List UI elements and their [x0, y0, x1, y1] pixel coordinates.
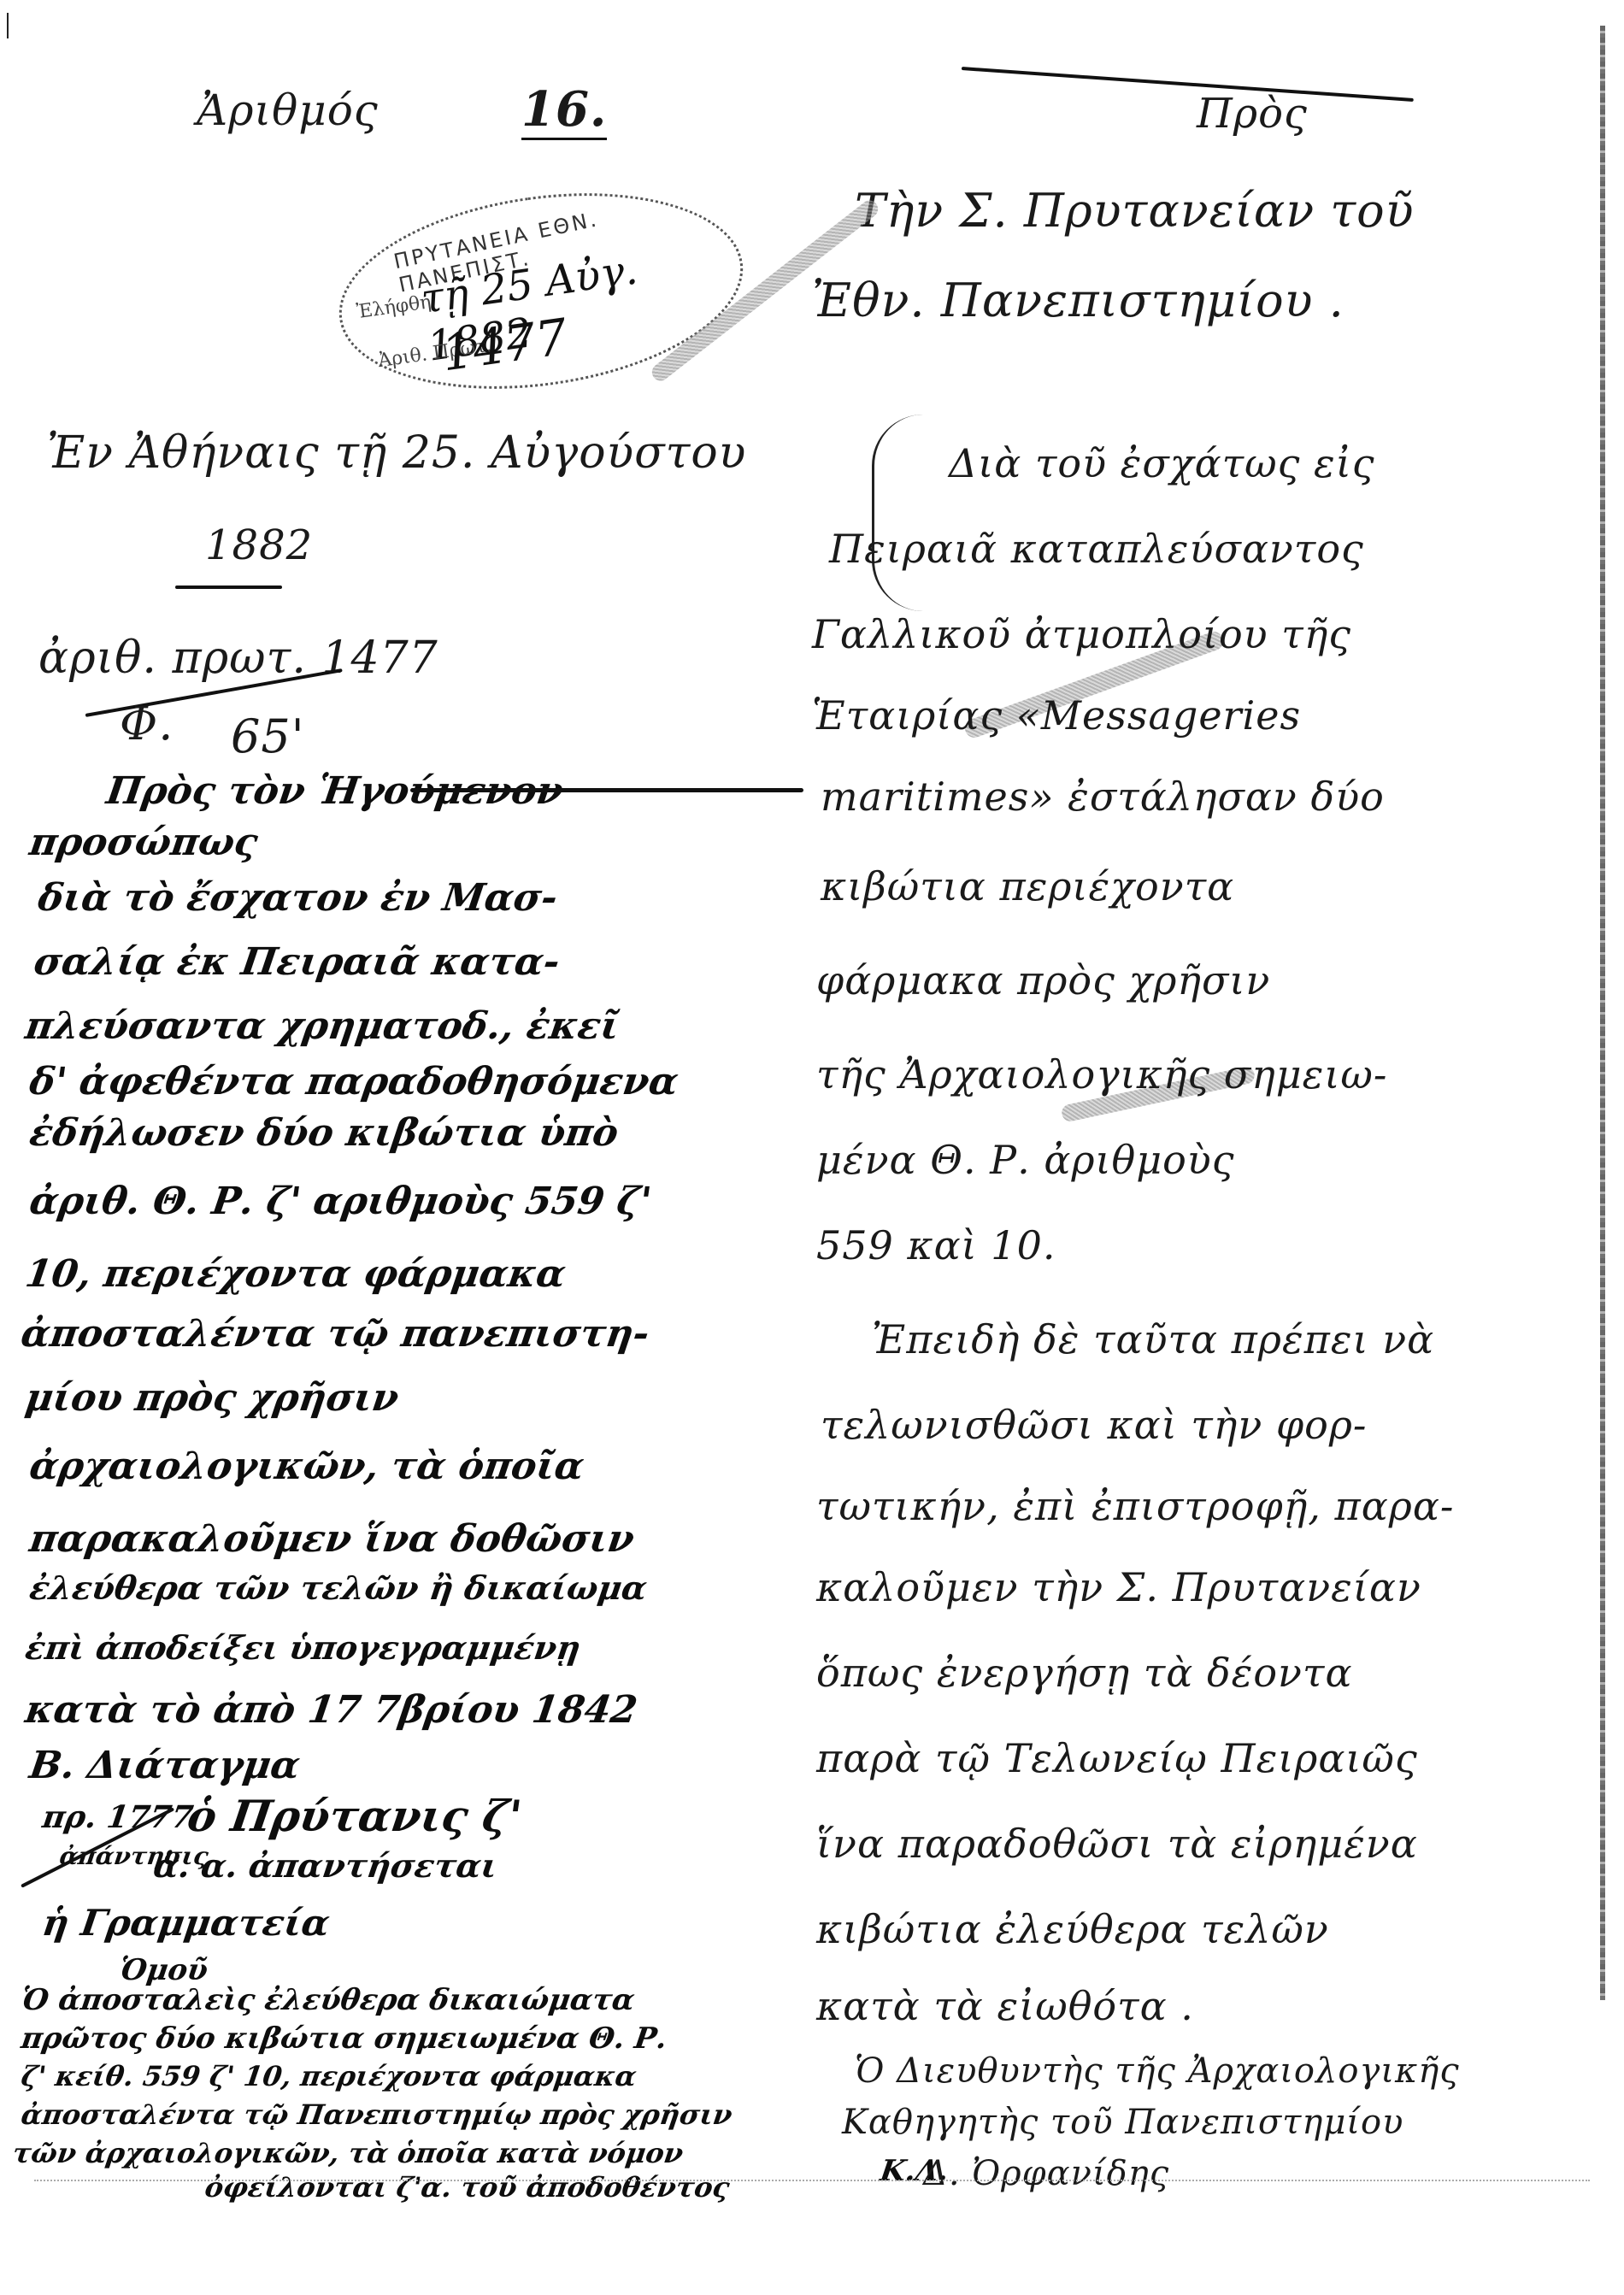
- bottom-note-line: ὀφείλονται ζ'α. τοῦ ἀποδοθέντος: [203, 2171, 732, 2204]
- scan-edge-mark: [7, 13, 9, 38]
- university-receipt-stamp: ΠΡΥΤΑΝΕΙΑ ΕΘΝ. ΠΑΝΕΠΙΣΤ. Ἐλήφθη τῇ 25 Αὐ…: [327, 169, 756, 413]
- year-rule: [175, 586, 282, 589]
- annotation-line: σαλίᾳ ἐκ Πειραιᾶ κατα-: [31, 940, 562, 984]
- bottom-note-line: τῶν ἀρχαιολογικῶν, τὰ ὁποῖα κατὰ νόμον: [10, 2137, 685, 2169]
- body-line: Διὰ τοῦ ἐσχάτως εἰς: [949, 440, 1375, 486]
- body-line: κιβώτια ἐλεύθερα τελῶν: [816, 1906, 1329, 1952]
- body-line: καλοῦμεν τὴν Σ. Πρυτανείαν: [816, 1564, 1421, 1610]
- place-date: Ἐν Ἀθήναις τῇ 25. Αὐγούστου: [47, 427, 746, 479]
- body-line: Ἑταιρίας «Messageries: [812, 692, 1301, 739]
- margin-note-number: πρ. 1777: [40, 1799, 195, 1835]
- body-line: τελωνισθῶσι καὶ τὴν φορ-: [821, 1402, 1367, 1448]
- body-line: Γαλλικοῦ ἀτμοπλοίου τῆς: [812, 611, 1351, 657]
- file-prefix: Φ.: [120, 697, 174, 750]
- signature-block-line-1: ὁ Πρύτανις ζ': [185, 1791, 525, 1841]
- signature-block-line-3: ἡ Γραμματεία: [40, 1902, 332, 1944]
- annotation-line: ἐλεύθερα τῶν τελῶν ἢ δικαίωμα: [27, 1568, 650, 1607]
- signature-name: Δ. Ὀρφανίδης: [923, 2154, 1169, 2193]
- annotation-line: προσώπως: [26, 821, 260, 864]
- bottom-note-line: Ὁ ἀποσταλεὶς ἐλεύθερα δικαιώματα: [19, 1983, 637, 2017]
- bottom-note-line: ζ' κείθ. 559 ζ' 10, περιέχοντα φάρμακα: [19, 2060, 638, 2092]
- annotation-line: μίου πρὸς χρῆσιν: [22, 1376, 401, 1420]
- body-line: μένα Θ. Ρ. ἀριθμοὺς: [816, 1137, 1235, 1183]
- addressee-line-1: Τὴν Σ. Πρυτανείαν τοῦ: [855, 184, 1415, 238]
- body-line: τωτικήν, ἐπὶ ἐπιστροφῇ, παρα-: [816, 1483, 1454, 1529]
- body-line: maritimes» ἐστάλησαν δύο: [821, 774, 1385, 820]
- body-line: τῆς Ἀρχαιολογικῆς σημειω-: [816, 1051, 1387, 1097]
- number-value: 16.: [521, 81, 607, 140]
- year: 1882: [205, 521, 313, 569]
- bottom-note-title: Ὁμοῦ: [117, 1953, 210, 1987]
- page-right-edge: [1600, 26, 1605, 2000]
- body-line: Ἐπειδὴ δὲ ταῦτα πρέπει νὰ: [872, 1316, 1434, 1362]
- annotation-line: 10, περιέχοντα φάρμακα: [22, 1252, 568, 1296]
- body-line: παρὰ τῷ Τελωνείῳ Πειραιῶς: [816, 1735, 1418, 1781]
- annotation-line: ἀριθ. Θ. Ρ. ζ' αριθμοὺς 559 ζ': [26, 1180, 654, 1223]
- body-line: Πειραιᾶ καταπλεύσαντος: [829, 526, 1364, 572]
- annotation-line: ἐπὶ ἀποδείξει ὑπογεγραμμένῃ: [23, 1628, 583, 1667]
- number-label: Ἀριθμός: [197, 85, 379, 135]
- annotation-line: πλεύσαντα χρηματοδ., ἐκεῖ: [22, 1004, 621, 1048]
- scan-bottom-edge: [34, 2180, 1590, 2182]
- protocol-line: ἀριθ. πρωτ. 1477: [38, 633, 438, 684]
- body-line: κιβώτια περιέχοντα: [821, 863, 1234, 909]
- body-line: κατὰ τὰ εἰωθότα .: [816, 1983, 1194, 2029]
- body-line: ὅπως ἐνεργήσῃ τὰ δέοντα: [816, 1650, 1353, 1696]
- body-line: 559 καὶ 10.: [816, 1222, 1056, 1268]
- bottom-note-line: ἀποσταλέντα τῷ Πανεπιστημίῳ πρὸς χρῆσιν: [19, 2098, 734, 2131]
- annotation-line: διὰ τὸ ἔσχατον ἐν Μασ-: [35, 876, 560, 920]
- annotation-line: ἐδήλωσεν δύο κιβώτια ὑπὸ: [26, 1111, 621, 1155]
- annotation-line: ἀποσταλέντα τῷ πανεπιστη-: [18, 1312, 651, 1356]
- signature-line-2: Καθηγητὴς τοῦ Πανεπιστημίου: [842, 2103, 1403, 2142]
- body-line: ἵνα παραδοθῶσι τὰ εἰρημένα: [816, 1821, 1418, 1867]
- body-line: φάρμακα πρὸς χρῆσιν: [816, 957, 1270, 1003]
- header-rule: [962, 67, 1414, 102]
- annotation-line: παρακαλοῦμεν ἵνα δοθῶσιν: [26, 1517, 637, 1561]
- addressee-line-2: Ἐθν. Πανεπιστημίου .: [812, 274, 1345, 327]
- annotation-line: δ' ἀφεθέντα παραδοθησόμενα: [26, 1060, 680, 1103]
- signature-block-line-2: ἁ. α. ἀπαντήσεται: [151, 1846, 500, 1885]
- annotation-line: ἀρχαιολογικῶν, τὰ ὁποῖα: [26, 1445, 586, 1488]
- signature-line-1: Ὁ Διευθυντὴς τῆς Ἀρχαιολογικῆς: [855, 2051, 1460, 2091]
- bottom-note-line: πρῶτος δύο κιβώτια σημειωμένα Θ. Ρ.: [19, 2021, 669, 2056]
- file-number: 65': [231, 709, 305, 763]
- annotation-rule: [410, 788, 803, 792]
- document-page: Ἀριθμός 16. Πρὸς Τὴν Σ. Πρυτανείαν τοῦ Ἐ…: [0, 0, 1624, 2295]
- bracket-mark: [872, 415, 926, 611]
- to-label: Πρὸς: [1197, 90, 1308, 138]
- annotation-line: κατὰ τὸ ἀπὸ 17 7βρίου 1842: [22, 1688, 639, 1732]
- annotation-line: Β. Διάταγμα: [26, 1744, 303, 1787]
